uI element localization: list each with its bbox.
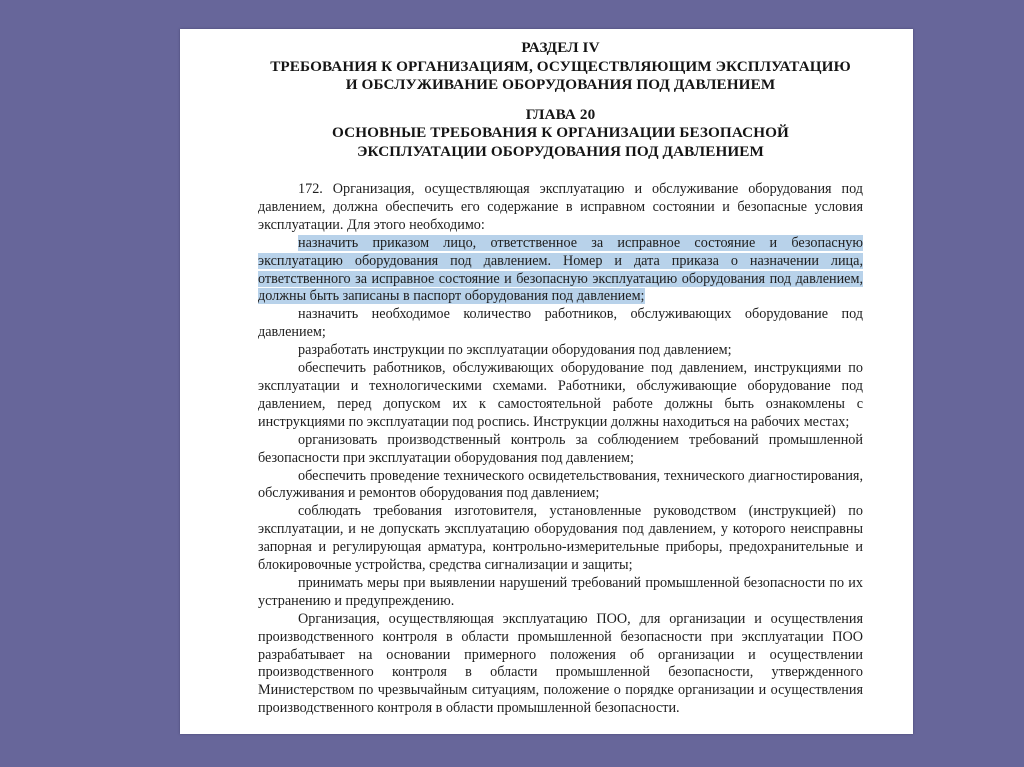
document-content: РАЗДЕЛ IV ТРЕБОВАНИЯ К ОРГАНИЗАЦИЯМ, ОСУ…: [258, 39, 863, 718]
paragraph-text: разработать инструкции по эксплуатации о…: [298, 342, 732, 358]
paragraph-text: соблюдать требования изготовителя, устан…: [258, 503, 863, 573]
paragraph-organization-poo: Организация, осуществляющая эксплуатацию…: [258, 611, 863, 718]
section-title-line-1: ТРЕБОВАНИЯ К ОРГАНИЗАЦИЯМ, ОСУЩЕСТВЛЯЮЩИ…: [258, 58, 863, 77]
paragraph-text: организовать производственный контроль з…: [258, 432, 863, 466]
paragraph-highlighted-selection[interactable]: назначить приказом лицо, ответственное з…: [258, 235, 863, 307]
paragraph-item-instructions: разработать инструкции по эксплуатации о…: [258, 342, 863, 360]
paragraph-item-inspection: обеспечить проведение технического освид…: [258, 468, 863, 504]
chapter-label: ГЛАВА 20: [258, 106, 863, 125]
paragraph-text: назначить необходимое количество работни…: [258, 306, 863, 340]
document-page: РАЗДЕЛ IV ТРЕБОВАНИЯ К ОРГАНИЗАЦИЯМ, ОСУ…: [180, 29, 913, 734]
paragraph-item-manufacturer-requirements: соблюдать требования изготовителя, устан…: [258, 503, 863, 575]
section-title-line-2: И ОБСЛУЖИВАНИЕ ОБОРУДОВАНИЯ ПОД ДАВЛЕНИЕ…: [258, 76, 863, 95]
paragraph-text: Организация, осуществляющая эксплуатацию…: [258, 611, 863, 717]
paragraph-item-violations: принимать меры при выявлении нарушений т…: [258, 575, 863, 611]
paragraph-172-intro: 172. Организация, осуществляющая эксплуа…: [258, 181, 863, 235]
paragraph-text: принимать меры при выявлении нарушений т…: [258, 575, 863, 609]
paragraph-item-provide-instructions: обеспечить работников, обслуживающих обо…: [258, 360, 863, 432]
paragraph-item-staff: назначить необходимое количество работни…: [258, 306, 863, 342]
paragraph-text: обеспечить работников, обслуживающих обо…: [258, 360, 863, 430]
chapter-title-line-1: ОСНОВНЫЕ ТРЕБОВАНИЯ К ОРГАНИЗАЦИИ БЕЗОПА…: [258, 124, 863, 143]
chapter-title-line-2: ЭКСПЛУАТАЦИИ ОБОРУДОВАНИЯ ПОД ДАВЛЕНИЕМ: [258, 143, 863, 162]
section-label: РАЗДЕЛ IV: [258, 39, 863, 58]
text-selection-highlight[interactable]: назначить приказом лицо, ответственное з…: [258, 235, 863, 305]
paragraph-item-production-control: организовать производственный контроль з…: [258, 432, 863, 468]
paragraph-text: обеспечить проведение технического освид…: [258, 468, 863, 502]
paragraph-text: 172. Организация, осуществляющая эксплуа…: [258, 181, 863, 233]
body-text: 172. Организация, осуществляющая эксплуа…: [258, 181, 863, 718]
